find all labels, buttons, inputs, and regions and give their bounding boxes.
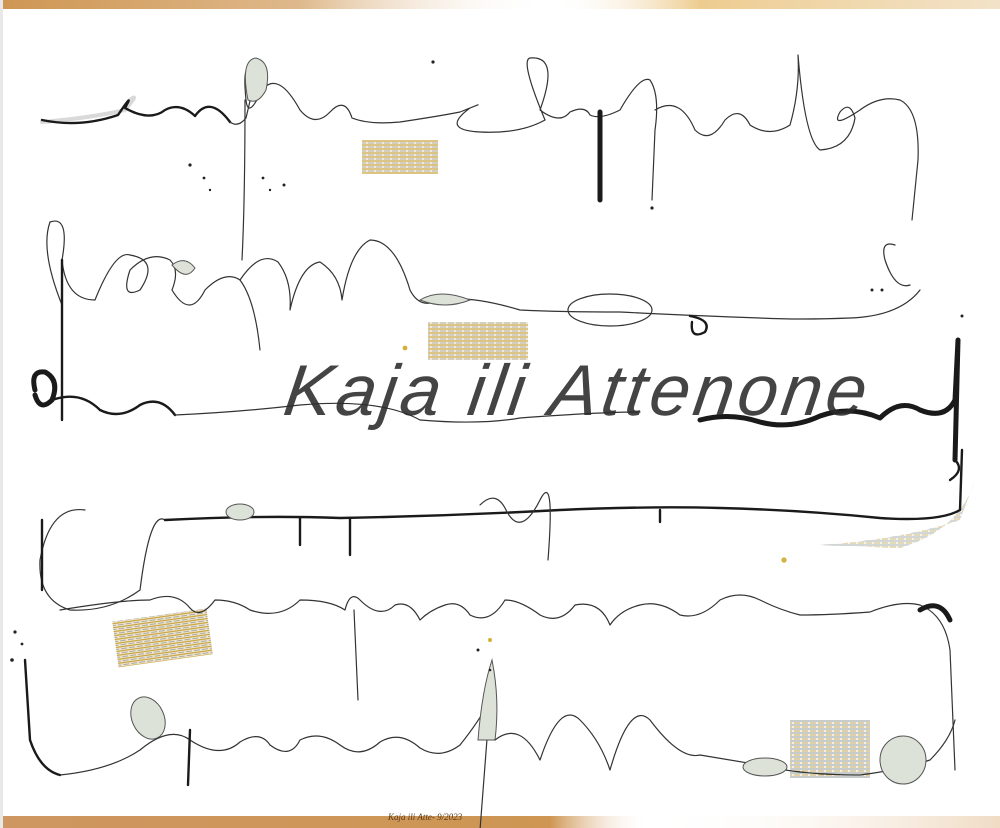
gold-patch-3: [112, 609, 212, 668]
top-edge-wash: [0, 0, 1000, 9]
gold-patch-1: [362, 140, 438, 174]
artwork-canvas: [0, 0, 1000, 828]
bottom-edge-wash: [0, 816, 1000, 828]
script-line-4: [40, 450, 962, 610]
gold-dots: [403, 346, 787, 642]
gold-patch-2: [428, 322, 528, 360]
script-line-3: [34, 340, 959, 480]
artist-signature: Kaja ili Atte- 9/2023: [388, 812, 462, 822]
ink-specks: [10, 60, 963, 671]
script-line-2: [47, 221, 920, 420]
script-line-1: [42, 55, 918, 260]
grey-patch-1: [790, 720, 870, 778]
